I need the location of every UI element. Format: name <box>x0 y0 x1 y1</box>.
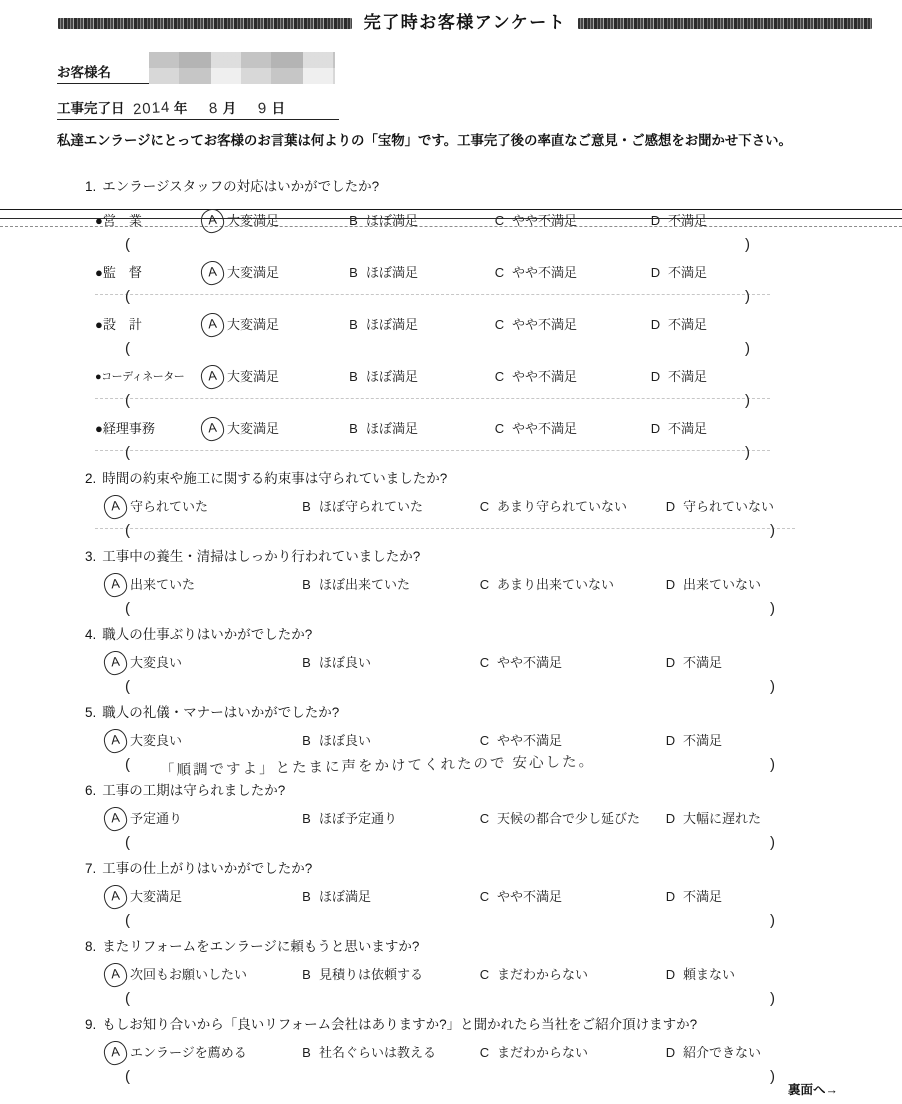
option-label: 大幅に遅れた <box>683 809 761 829</box>
option-label: 不満足 <box>668 315 707 335</box>
question-3: 3.工事中の養生・清掃はしっかり行われていましたか? A出来ていたBほぼ出来てい… <box>85 547 902 619</box>
option-letter: D <box>649 263 662 283</box>
option-label: ほぼ満足 <box>366 419 418 439</box>
question-text: 工事の仕上がりはいかがでしたか? <box>102 861 312 876</box>
option-letter: B <box>300 887 313 907</box>
option-label: ほぼ満足 <box>366 211 418 231</box>
rating-row-coordinator: ●コーディネーターA大変満足Bほぼ満足Cやや不満足D不満足() <box>85 367 902 411</box>
comment-line: () <box>125 833 775 853</box>
option-A: A予定通り <box>110 807 300 831</box>
option-letter: B <box>300 731 313 751</box>
option-D: D不満足 <box>649 419 707 439</box>
question-number: 4. <box>85 627 96 642</box>
rating-row: A守られていたBほぼ守られていたCあまり守られていないD守られていない() <box>85 497 902 541</box>
open-paren: ( <box>125 521 130 541</box>
open-paren: ( <box>125 443 130 463</box>
question-5: 5.職人の礼儀・マナーはいかがでしたか? A大変良いBほぼ良いCやや不満足D不満… <box>85 703 902 775</box>
answer-options-row: ●コーディネーターA大変満足Bほぼ満足Cやや不満足D不満足 <box>95 367 902 387</box>
answer-options-row: ●監 督A大変満足Bほぼ満足Cやや不満足D不満足 <box>95 263 902 283</box>
close-paren: ) <box>770 755 775 775</box>
comment-line: () <box>125 521 775 541</box>
question-title: 4.職人の仕事ぶりはいかがでしたか? <box>85 625 902 645</box>
option-label: 不満足 <box>668 367 707 387</box>
customer-name-redacted <box>149 52 335 84</box>
option-letter: B <box>300 1043 313 1063</box>
close-paren: ) <box>770 833 775 853</box>
answer-options-row: ●営 業A大変満足Bほぼ満足Cやや不満足D不満足 <box>95 211 902 231</box>
question-text: 職人の礼儀・マナーはいかがでしたか? <box>102 705 339 720</box>
question-1: 1.エンラージスタッフの対応はいかがでしたか? ●営 業A大変満足Bほぼ満足Cや… <box>85 177 902 463</box>
option-letter: C <box>478 1043 491 1063</box>
option-label: ほぼ守られていた <box>319 497 423 517</box>
respondent-category-label: ●経理事務 <box>95 419 207 439</box>
rating-row-accounting: ●経理事務A大変満足Bほぼ満足Cやや不満足D不満足() <box>85 419 902 463</box>
option-label: まだわからない <box>497 965 588 985</box>
option-A: Aエンラージを薦める <box>110 1041 300 1065</box>
comment-line: (「順調ですよ」とたまに声をかけてくれたので 安心した。) <box>125 755 775 775</box>
question-8: 8.またリフォームをエンラージに頼もうと思いますか? A次回もお願いしたいB見積… <box>85 937 902 1009</box>
rating-row: A大変良いBほぼ良いCやや不満足D不満足() <box>85 653 902 697</box>
option-C: Cやや不満足 <box>493 211 649 231</box>
decorative-noise-bar-right <box>578 18 872 29</box>
option-B: Bほぼ満足 <box>347 315 493 335</box>
option-letter: D <box>664 731 677 751</box>
option-C: Cあまり出来ていない <box>478 575 664 595</box>
question-number: 6. <box>85 783 96 798</box>
option-label: 大変満足 <box>227 211 279 231</box>
option-label: ほぼ満足 <box>366 263 418 283</box>
question-7: 7.工事の仕上がりはいかがでしたか? A大変満足Bほぼ満足Cやや不満足D不満足(… <box>85 859 902 931</box>
answer-options-row: A大変良いBほぼ良いCやや不満足D不満足 <box>110 653 902 673</box>
option-D: D守られていない <box>664 497 774 517</box>
option-letter: C <box>493 419 506 439</box>
option-A: A大変良い <box>110 651 300 675</box>
back-page-note: 裏面へ→ <box>788 1080 838 1100</box>
option-label: やや不満足 <box>497 887 562 907</box>
survey-page: 完了時お客様アンケート お客様名 工事完了日 2014 年 8 月 9 日 私達… <box>0 0 902 1104</box>
close-paren: ) <box>770 1067 775 1087</box>
selected-circle-mark: A <box>103 806 128 832</box>
selected-circle-mark: A <box>103 728 128 754</box>
option-letter: C <box>478 575 491 595</box>
option-label: 大変良い <box>130 653 182 673</box>
question-title: 3.工事中の養生・清掃はしっかり行われていましたか? <box>85 547 902 567</box>
option-letter: D <box>649 367 662 387</box>
option-A: A出来ていた <box>110 573 300 597</box>
question-number: 2. <box>85 471 96 486</box>
option-B: Bほぼ出来ていた <box>300 575 478 595</box>
option-label: やや不満足 <box>512 315 577 335</box>
option-label: ほぼ良い <box>319 731 371 751</box>
option-B: Bほぼ満足 <box>347 211 493 231</box>
option-letter: D <box>649 211 662 231</box>
rating-row: Aエンラージを薦めるB社名ぐらいは教えるCまだわからないD紹介できない() <box>85 1043 902 1087</box>
option-C: Cやや不満足 <box>493 419 649 439</box>
comment-line: () <box>125 339 750 359</box>
option-C: Cやや不満足 <box>493 315 649 335</box>
rating-row: A次回もお願いしたいB見積りは依頼するCまだわからないD頼まない() <box>85 965 902 1009</box>
option-D: D不満足 <box>649 367 707 387</box>
option-label: 不満足 <box>668 211 707 231</box>
option-letter: B <box>300 965 313 985</box>
option-label: 頼まない <box>683 965 735 985</box>
question-title: 9.もしお知り合いから「良いリフォーム会社はありますか?」と聞かれたら当社をご紹… <box>85 1015 902 1035</box>
close-paren: ) <box>745 235 750 255</box>
option-label: ほぼ満足 <box>366 315 418 335</box>
question-text: 職人の仕事ぶりはいかがでしたか? <box>102 627 312 642</box>
option-B: Bほぼ良い <box>300 731 478 751</box>
open-paren: ( <box>125 599 130 619</box>
option-letter: C <box>493 263 506 283</box>
option-A: A守られていた <box>110 495 300 519</box>
year-unit: 年 <box>174 99 188 119</box>
option-label: 天候の都合で少し延びた <box>497 809 640 829</box>
respondent-category-label: ●営 業 <box>95 211 207 231</box>
answer-options-row: A守られていたBほぼ守られていたCあまり守られていないD守られていない <box>110 497 902 517</box>
option-C: Cやや不満足 <box>478 887 664 907</box>
option-label: ほぼ良い <box>319 653 371 673</box>
open-paren: ( <box>125 339 130 359</box>
option-D: D出来ていない <box>664 575 761 595</box>
comment-line: () <box>125 235 750 255</box>
customer-name-label: お客様名 <box>57 63 111 83</box>
completion-date-field: 工事完了日 2014 年 8 月 9 日 <box>57 93 339 120</box>
selected-circle-mark: A <box>103 884 128 910</box>
option-B: Bほぼ満足 <box>300 887 478 907</box>
question-title: 1.エンラージスタッフの対応はいかがでしたか? <box>85 177 902 197</box>
close-paren: ) <box>770 599 775 619</box>
comment-line: () <box>125 677 775 697</box>
rating-row: A出来ていたBほぼ出来ていたCあまり出来ていないD出来ていない() <box>85 575 902 619</box>
option-C: Cやや不満足 <box>493 367 649 387</box>
answer-options-row: A出来ていたBほぼ出来ていたCあまり出来ていないD出来ていない <box>110 575 902 595</box>
option-letter: B <box>300 575 313 595</box>
option-D: D不満足 <box>664 731 722 751</box>
handwritten-month: 8 <box>209 99 220 120</box>
option-label: 出来ていた <box>130 575 195 595</box>
selected-circle-mark: A <box>103 962 128 988</box>
selected-circle-mark: A <box>103 494 128 520</box>
completion-date-label: 工事完了日 <box>57 99 125 119</box>
comment-line: () <box>125 1067 775 1087</box>
option-B: Bほぼ良い <box>300 653 478 673</box>
option-letter: C <box>493 367 506 387</box>
option-label: 不満足 <box>668 263 707 283</box>
option-D: D紹介できない <box>664 1043 761 1063</box>
handwritten-comment: 「順調ですよ」とたまに声をかけてくれたので 安心した。 <box>130 748 770 781</box>
question-number: 7. <box>85 861 96 876</box>
option-letter: C <box>493 315 506 335</box>
question-text: エンラージスタッフの対応はいかがでしたか? <box>102 179 379 194</box>
option-B: Bほぼ予定通り <box>300 809 478 829</box>
close-paren: ) <box>770 677 775 697</box>
option-label: 大変満足 <box>227 367 279 387</box>
option-letter: B <box>347 367 360 387</box>
option-C: Cあまり守られていない <box>478 497 664 517</box>
question-title: 8.またリフォームをエンラージに頼もうと思いますか? <box>85 937 902 957</box>
option-label: 社名ぐらいは教える <box>319 1043 436 1063</box>
decorative-noise-bar-left <box>58 18 352 29</box>
option-letter: C <box>478 965 491 985</box>
answer-options-row: ●経理事務A大変満足Bほぼ満足Cやや不満足D不満足 <box>95 419 902 439</box>
staff-rating-rows: ●営 業A大変満足Bほぼ満足Cやや不満足D不満足() ●監 督A大変満足Bほぼ満… <box>85 211 902 463</box>
title-bar: 完了時お客様アンケート <box>58 12 872 34</box>
option-label: あまり出来ていない <box>497 575 614 595</box>
question-title: 6.工事の工期は守られましたか? <box>85 781 902 801</box>
option-label: 予定通り <box>130 809 182 829</box>
option-label: 紹介できない <box>683 1043 761 1063</box>
option-letter: C <box>478 653 491 673</box>
answer-options-row: Aエンラージを薦めるB社名ぐらいは教えるCまだわからないD紹介できない <box>110 1043 902 1063</box>
option-letter: D <box>664 575 677 595</box>
option-label: まだわからない <box>497 1043 588 1063</box>
month-unit: 月 <box>223 99 237 119</box>
option-letter: D <box>664 653 677 673</box>
option-label: 大変満足 <box>227 419 279 439</box>
rating-row-supervisor: ●監 督A大変満足Bほぼ満足Cやや不満足D不満足() <box>85 263 902 307</box>
handwritten-day: 9 <box>258 99 269 120</box>
option-D: D頼まない <box>664 965 735 985</box>
question-6: 6.工事の工期は守られましたか? A予定通りBほぼ予定通りC天候の都合で少し延び… <box>85 781 902 853</box>
option-B: Bほぼ満足 <box>347 419 493 439</box>
question-title: 5.職人の礼儀・マナーはいかがでしたか? <box>85 703 902 723</box>
option-label: やや不満足 <box>497 731 562 751</box>
day-unit: 日 <box>272 99 286 119</box>
option-letter: B <box>300 653 313 673</box>
question-text: もしお知り合いから「良いリフォーム会社はありますか?」と聞かれたら当社をご紹介頂… <box>102 1017 697 1032</box>
page-title: 完了時お客様アンケート <box>364 13 566 33</box>
respondent-category-label: ●コーディネーター <box>95 367 207 387</box>
option-label: 不満足 <box>668 419 707 439</box>
answer-options-row: A大変良いBほぼ良いCやや不満足D不満足 <box>110 731 902 751</box>
rating-row-design: ●設 計A大変満足Bほぼ満足Cやや不満足D不満足() <box>85 315 902 359</box>
option-label: 守られていない <box>683 497 774 517</box>
option-A: A大変満足 <box>207 313 347 337</box>
comment-line: () <box>125 911 775 931</box>
option-label: やや不満足 <box>512 419 577 439</box>
open-paren: ( <box>125 1067 130 1087</box>
option-label: ほぼ満足 <box>319 887 371 907</box>
option-C: Cやや不満足 <box>478 731 664 751</box>
option-label: 出来ていない <box>683 575 761 595</box>
selected-circle-mark: A <box>103 572 128 598</box>
option-label: ほぼ予定通り <box>319 809 397 829</box>
option-letter: C <box>478 497 491 517</box>
option-label: 大変満足 <box>130 887 182 907</box>
open-paren: ( <box>125 911 130 931</box>
question-text: 工事の工期は守られましたか? <box>102 783 285 798</box>
customer-name-field: お客様名 <box>57 56 319 84</box>
open-paren: ( <box>125 833 130 853</box>
option-D: D不満足 <box>664 653 722 673</box>
comment-line: () <box>125 599 775 619</box>
question-text: 時間の約束や施工に関する約束事は守られていましたか? <box>102 471 447 486</box>
option-label: エンラージを薦める <box>130 1043 247 1063</box>
question-number: 1. <box>85 179 96 194</box>
option-letter: C <box>478 887 491 907</box>
option-letter: C <box>478 731 491 751</box>
comment-line: () <box>125 443 750 463</box>
option-letter: C <box>493 211 506 231</box>
option-D: D不満足 <box>649 315 707 335</box>
question-number: 5. <box>85 705 96 720</box>
open-paren: ( <box>125 989 130 1009</box>
question-text: またリフォームをエンラージに頼もうと思いますか? <box>102 939 419 954</box>
option-letter: D <box>664 809 677 829</box>
option-label: 大変良い <box>130 731 182 751</box>
option-letter: D <box>664 887 677 907</box>
respondent-category-label: ●設 計 <box>95 315 207 335</box>
option-letter: C <box>478 809 491 829</box>
question-number: 8. <box>85 939 96 954</box>
handwritten-year: 2014 <box>132 98 171 121</box>
option-B: Bほぼ満足 <box>347 263 493 283</box>
option-C: Cまだわからない <box>478 965 664 985</box>
option-B: B見積りは依頼する <box>300 965 478 985</box>
rating-row-sales: ●営 業A大変満足Bほぼ満足Cやや不満足D不満足() <box>85 211 902 255</box>
open-paren: ( <box>125 235 130 255</box>
question-list: 1.エンラージスタッフの対応はいかがでしたか? ●営 業A大変満足Bほぼ満足Cや… <box>85 177 902 1087</box>
answer-options-row: A次回もお願いしたいB見積りは依頼するCまだわからないD頼まない <box>110 965 902 985</box>
option-label: やや不満足 <box>512 367 577 387</box>
rating-row: A大変良いBほぼ良いCやや不満足D不満足(「順調ですよ」とたまに声をかけてくれた… <box>85 731 902 775</box>
option-label: やや不満足 <box>512 263 577 283</box>
option-label: 次回もお願いしたい <box>130 965 247 985</box>
option-label: やや不満足 <box>497 653 562 673</box>
close-paren: ) <box>745 391 750 411</box>
option-A: A大変満足 <box>207 417 347 441</box>
answer-options-row: A予定通りBほぼ予定通りC天候の都合で少し延びたD大幅に遅れた <box>110 809 902 829</box>
option-A: A次回もお願いしたい <box>110 963 300 987</box>
option-A: A大変満足 <box>207 261 347 285</box>
open-paren: ( <box>125 677 130 697</box>
option-label: 大変満足 <box>227 263 279 283</box>
option-letter: D <box>649 419 662 439</box>
question-number: 3. <box>85 549 96 564</box>
option-letter: D <box>664 497 677 517</box>
option-A: A大変満足 <box>207 209 347 233</box>
option-label: 大変満足 <box>227 315 279 335</box>
close-paren: ) <box>745 443 750 463</box>
question-title: 2.時間の約束や施工に関する約束事は守られていましたか? <box>85 469 902 489</box>
close-paren: ) <box>745 287 750 307</box>
close-paren: ) <box>770 911 775 931</box>
question-4: 4.職人の仕事ぶりはいかがでしたか? A大変良いBほぼ良いCやや不満足D不満足(… <box>85 625 902 697</box>
question-text: 工事中の養生・清掃はしっかり行われていましたか? <box>102 549 420 564</box>
option-D: D大幅に遅れた <box>664 809 761 829</box>
rating-row: A予定通りBほぼ予定通りC天候の都合で少し延びたD大幅に遅れた() <box>85 809 902 853</box>
question-9: 9.もしお知り合いから「良いリフォーム会社はありますか?」と聞かれたら当社をご紹… <box>85 1015 902 1087</box>
option-letter: D <box>649 315 662 335</box>
close-paren: ) <box>770 521 775 541</box>
question-title: 7.工事の仕上がりはいかがでしたか? <box>85 859 902 879</box>
answer-options-row: A大変満足Bほぼ満足Cやや不満足D不満足 <box>110 887 902 907</box>
question-number: 9. <box>85 1017 96 1032</box>
option-D: D不満足 <box>649 263 707 283</box>
option-A: A大変良い <box>110 729 300 753</box>
option-A: A大変満足 <box>207 365 347 389</box>
comment-line: () <box>125 391 750 411</box>
respondent-category-label: ●監 督 <box>95 263 207 283</box>
option-B: Bほぼ満足 <box>347 367 493 387</box>
intro-text: 私達エンラージにとってお客様のお言葉は何よりの「宝物」です。工事完了後の率直なご… <box>57 131 902 151</box>
option-label: ほぼ出来ていた <box>319 575 410 595</box>
rating-row: A大変満足Bほぼ満足Cやや不満足D不満足() <box>85 887 902 931</box>
option-letter: D <box>664 965 677 985</box>
option-C: Cまだわからない <box>478 1043 664 1063</box>
option-letter: B <box>300 809 313 829</box>
option-letter: B <box>300 497 313 517</box>
close-paren: ) <box>770 989 775 1009</box>
option-label: あまり守られていない <box>497 497 627 517</box>
option-C: Cやや不満足 <box>493 263 649 283</box>
option-D: D不満足 <box>649 211 707 231</box>
option-label: 不満足 <box>683 653 722 673</box>
option-C: C天候の都合で少し延びた <box>478 809 664 829</box>
option-letter: B <box>347 315 360 335</box>
option-label: 不満足 <box>683 887 722 907</box>
option-letter: B <box>347 211 360 231</box>
selected-circle-mark: A <box>103 1040 128 1066</box>
option-B: B社名ぐらいは教える <box>300 1043 478 1063</box>
close-paren: ) <box>745 339 750 359</box>
option-D: D不満足 <box>664 887 722 907</box>
option-label: 見積りは依頼する <box>319 965 423 985</box>
option-letter: B <box>347 263 360 283</box>
open-paren: ( <box>125 287 130 307</box>
answer-options-row: ●設 計A大変満足Bほぼ満足Cやや不満足D不満足 <box>95 315 902 335</box>
option-label: やや不満足 <box>512 211 577 231</box>
option-letter: D <box>664 1043 677 1063</box>
option-A: A大変満足 <box>110 885 300 909</box>
question-2: 2.時間の約束や施工に関する約束事は守られていましたか? A守られていたBほぼ守… <box>85 469 902 541</box>
option-label: 守られていた <box>130 497 208 517</box>
option-label: ほぼ満足 <box>366 367 418 387</box>
option-letter: B <box>347 419 360 439</box>
comment-line: () <box>125 287 750 307</box>
option-label: 不満足 <box>683 731 722 751</box>
option-C: Cやや不満足 <box>478 653 664 673</box>
option-B: Bほぼ守られていた <box>300 497 478 517</box>
open-paren: ( <box>125 391 130 411</box>
selected-circle-mark: A <box>103 650 128 676</box>
comment-line: () <box>125 989 775 1009</box>
